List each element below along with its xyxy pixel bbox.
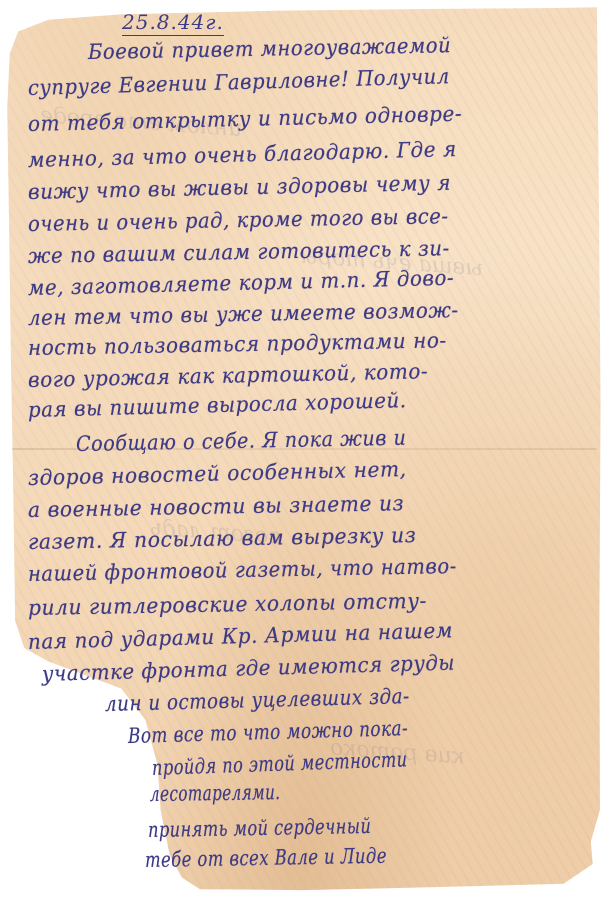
handwritten-line: вого урожая как картошкой, кото- <box>28 359 429 392</box>
handwritten-line: рили гитлеровские холопы отсту- <box>28 589 427 620</box>
handwritten-line: Вот все то что можно пока- <box>128 716 409 748</box>
handwritten-line: а военные новости вы знаете из <box>28 491 404 522</box>
handwritten-line: вижу что вы живы и здоровы чему я <box>28 171 451 204</box>
handwritten-line: пая под ударами Кр. Армии на нашем <box>28 618 453 654</box>
scanned-letter: инлом ето вроде ывша ечь торы вогот ладь… <box>0 0 606 900</box>
handwritten-line: от тебя открытку и письмо одновре- <box>28 102 463 136</box>
handwritten-line: тебе от всех Вале и Лиде <box>145 844 387 872</box>
handwritten-line: лен тем что вы уже имеете возмож- <box>28 298 459 330</box>
letter-date: 25.8.44г. <box>122 10 224 36</box>
handwritten-line: ме, заготовляете корм и т.п. Я дово- <box>28 266 455 300</box>
handwritten-line: ность пользоваться продуктами но- <box>28 328 447 360</box>
handwritten-line: Боевой привет многоуважаемой <box>88 33 452 64</box>
handwritten-line: лесотарелями. <box>150 780 281 806</box>
handwritten-line: нашей фронтовой газеты, что натво- <box>28 554 457 586</box>
handwritten-line: же по вашим силам готовитесь к зи- <box>28 236 450 268</box>
handwritten-line: менно, за что очень благодарю. Где я <box>28 137 457 172</box>
handwritten-line: Сообщаю о себе. Я пока жив и <box>76 426 407 456</box>
handwritten-line: очень и очень рад, кроме того вы все- <box>28 204 449 236</box>
handwritten-line: газет. Я посылаю вам вырезку из <box>28 523 417 554</box>
handwritten-line: лин и остовы уцелевших зда- <box>105 684 410 716</box>
handwritten-line: участке фронта где имеются груды <box>42 650 456 685</box>
handwritten-line: здоров новостей особенных нет, <box>28 457 407 490</box>
handwritten-line: супруге Евгении Гавриловне! Получил <box>28 64 450 100</box>
letter-body: 25.8.44г. Боевой привет многоуважаемойсу… <box>0 0 606 900</box>
handwritten-line: рая вы пишите выросла хорошей. <box>28 388 407 422</box>
handwritten-line: пройдя по этой местности <box>152 747 408 780</box>
handwritten-line: принять мой сердечный <box>148 814 372 842</box>
